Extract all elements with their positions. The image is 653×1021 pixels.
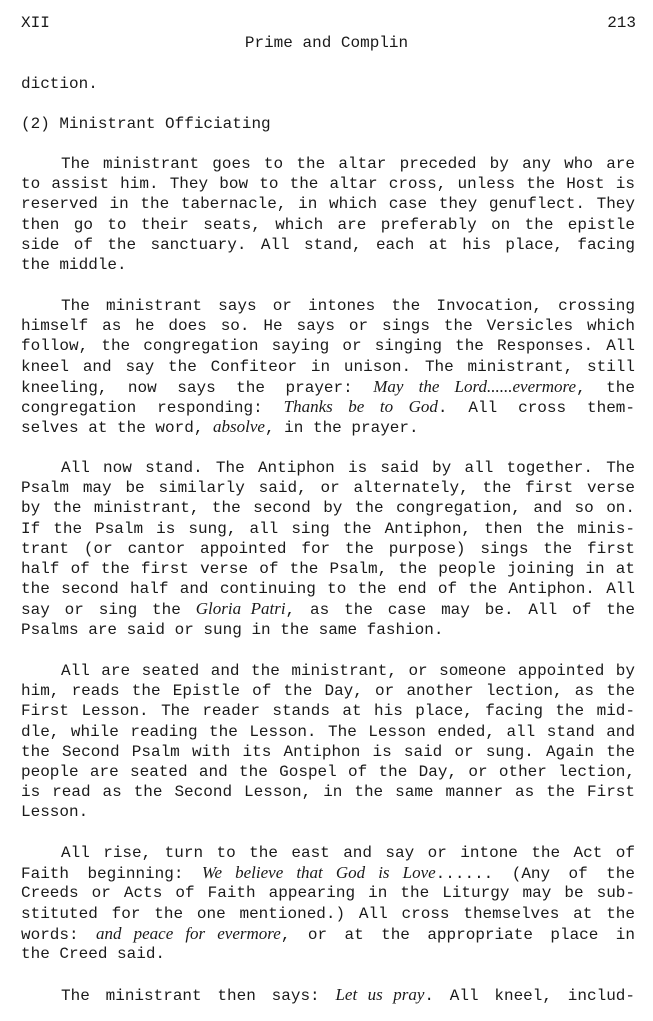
chapter-number: XII	[21, 13, 50, 33]
text-line: Faith beginning: We believe that God is …	[21, 863, 635, 883]
text-line: Creeds or Acts of Faith appearing in the…	[21, 883, 635, 903]
section-heading: (2) Ministrant Officiating	[21, 114, 635, 134]
text-line: All are seated and the ministrant, or so…	[21, 661, 635, 681]
text-line: Psalm may be similarly said, or alternat…	[21, 478, 635, 498]
running-title: Prime and Complin	[0, 33, 653, 53]
paragraph-ministrant-goes-to-altar: The ministrant goes to the altar precede…	[21, 154, 635, 275]
paragraph-act-of-faith: All rise, turn to the east and say or in…	[21, 843, 635, 964]
text-line: trant (or cantor appointed for the purpo…	[21, 539, 635, 559]
text-line: words: and peace for evermore, or at the…	[21, 924, 635, 944]
text-line: half of the first verse of the Psalm, th…	[21, 559, 635, 579]
paragraph-invocation: The ministrant says or intones the Invoc…	[21, 296, 635, 437]
text-line: say or sing the Gloria Patri, as the cas…	[21, 599, 635, 619]
text-line: First Lesson. The reader stands at his p…	[21, 701, 635, 721]
section-heading-text: (2) Ministrant Officiating	[21, 114, 635, 134]
italic-phrase: Thanks be to God	[284, 397, 438, 416]
text-line: the Creed said.	[21, 944, 635, 964]
text-line: the second half and continuing to the en…	[21, 579, 635, 599]
text-line: congregation responding: Thanks be to Go…	[21, 397, 635, 417]
text-line: himself as he does so. He says or sings …	[21, 316, 635, 336]
italic-phrase: absolve	[213, 417, 265, 436]
text-line: kneeling, now says the prayer: May the L…	[21, 377, 635, 397]
italic-phrase: Let us pray	[335, 985, 424, 1004]
text-line: If the Psalm is sung, all sing the Antip…	[21, 519, 635, 539]
italic-phrase: We believe that God is Love	[202, 863, 436, 882]
italic-phrase: Gloria Patri	[196, 599, 286, 618]
text-line: The ministrant then says: Let us pray. A…	[21, 985, 635, 1005]
text-line: All rise, turn to the east and say or in…	[21, 843, 635, 863]
text-line: All now stand. The Antiphon is said by a…	[21, 458, 635, 478]
text-line: dle, while reading the Lesson. The Lesso…	[21, 722, 635, 742]
text-line: Lesson.	[21, 802, 635, 822]
text-line: reserved in the tabernacle, in which cas…	[21, 194, 635, 214]
text-line: then go to their seats, which are prefer…	[21, 215, 635, 235]
text-line: diction.	[21, 74, 635, 94]
text-line: stituted for the one mentioned.) All cro…	[21, 904, 635, 924]
italic-phrase: and peace for evermore	[96, 924, 281, 943]
carryover-text: diction.	[21, 74, 635, 94]
text-line: people are seated and the Gospel of the …	[21, 762, 635, 782]
text-line: the middle.	[21, 255, 635, 275]
text-line: The ministrant goes to the altar precede…	[21, 154, 635, 174]
paragraph-let-us-pray: The ministrant then says: Let us pray. A…	[21, 985, 635, 1005]
text-line: is read as the Second Lesson, in the sam…	[21, 782, 635, 802]
text-line: by the ministrant, the second by the con…	[21, 498, 635, 518]
text-line: selves at the word, absolve, in the pray…	[21, 417, 635, 437]
text-line: Psalms are said or sung in the same fash…	[21, 620, 635, 640]
paragraph-antiphon-psalm: All now stand. The Antiphon is said by a…	[21, 458, 635, 640]
italic-phrase: May the Lord......evermore	[373, 377, 576, 396]
text-line: side of the sanctuary. All stand, each a…	[21, 235, 635, 255]
text-line: to assist him. They bow to the altar cro…	[21, 174, 635, 194]
text-line: The ministrant says or intones the Invoc…	[21, 296, 635, 316]
text-line: him, reads the Epistle of the Day, or an…	[21, 681, 635, 701]
text-line: the Second Psalm with its Antiphon is sa…	[21, 742, 635, 762]
text-line: kneel and say the Confiteor in unison. T…	[21, 357, 635, 377]
paragraph-lessons: All are seated and the ministrant, or so…	[21, 661, 635, 823]
page-number: 213	[607, 13, 636, 33]
text-line: follow, the congregation saying or singi…	[21, 336, 635, 356]
